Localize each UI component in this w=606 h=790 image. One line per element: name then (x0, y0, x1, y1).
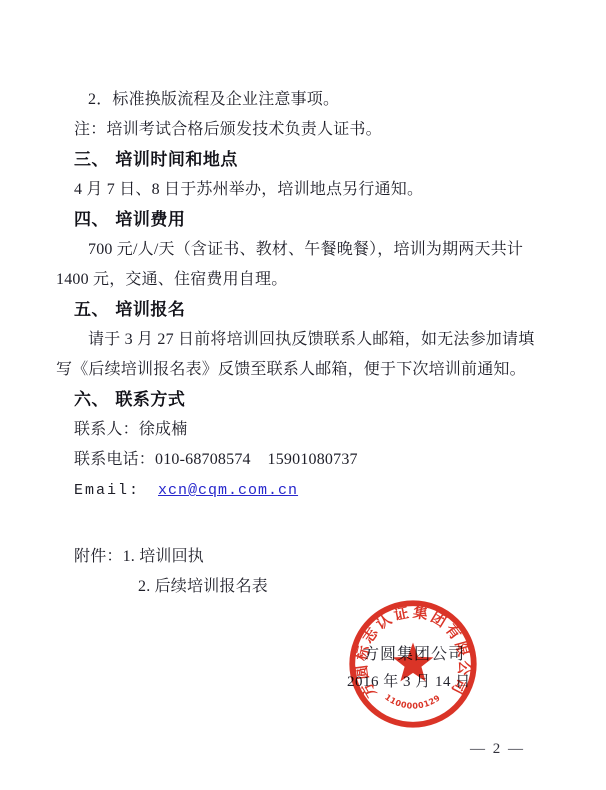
document-page: 2．标准换版流程及企业注意事项。 注：培训考试合格后颁发技术负责人证书。 三、 … (0, 0, 606, 790)
signature-company: 方圆集团公司 (363, 641, 465, 664)
section-4-body-line1: 700 元/人/天（含证书、教材、午餐晚餐），培训为期两天共计 (0, 235, 606, 265)
signature-date: 2016 年 3 月 14 日 (347, 670, 471, 691)
section-heading-6: 六、 联系方式 (0, 385, 606, 415)
email-label: Email: (74, 482, 140, 499)
section-heading-4: 四、 培训费用 (0, 205, 606, 235)
attachments-line-2: 2. 后续培训报名表 (0, 572, 606, 602)
section-4-body-line2: 1400 元，交通、住宿费用自理。 (0, 265, 606, 295)
section-5-body-line2: 写《后续培训报名表》反馈至联系人邮箱，便于下次培训前通知。 (0, 355, 606, 385)
page-number: — 2 — (470, 741, 525, 758)
email-link[interactable]: xcn@cqm.com.cn (158, 482, 298, 499)
contact-email-line: Email:xcn@cqm.com.cn (0, 475, 606, 505)
seal-ring (352, 603, 473, 724)
document-body: 2．标准换版流程及企业注意事项。 注：培训考试合格后颁发技术负责人证书。 三、 … (0, 85, 606, 602)
section-heading-5: 五、 培训报名 (0, 295, 606, 325)
section-5-body-line1: 请于 3 月 27 日前将培训回执反馈联系人邮箱，如无法参加请填 (0, 325, 606, 355)
section-3-body: 4 月 7 日、8 日于苏州举办，培训地点另行通知。 (0, 175, 606, 205)
section-heading-3: 三、 培训时间和地点 (0, 145, 606, 175)
company-seal-stamp: 方圆标志认证集团有限公司 1100000129114 (340, 597, 486, 731)
list-item-2: 2．标准换版流程及企业注意事项。 (0, 85, 606, 115)
contact-phone-line: 联系电话：010-68708574 15901080737 (0, 445, 606, 475)
attachments-line-1: 附件：1. 培训回执 (0, 542, 606, 572)
contact-person-line: 联系人：徐成楠 (0, 415, 606, 445)
note-line: 注：培训考试合格后颁发技术负责人证书。 (0, 115, 606, 145)
